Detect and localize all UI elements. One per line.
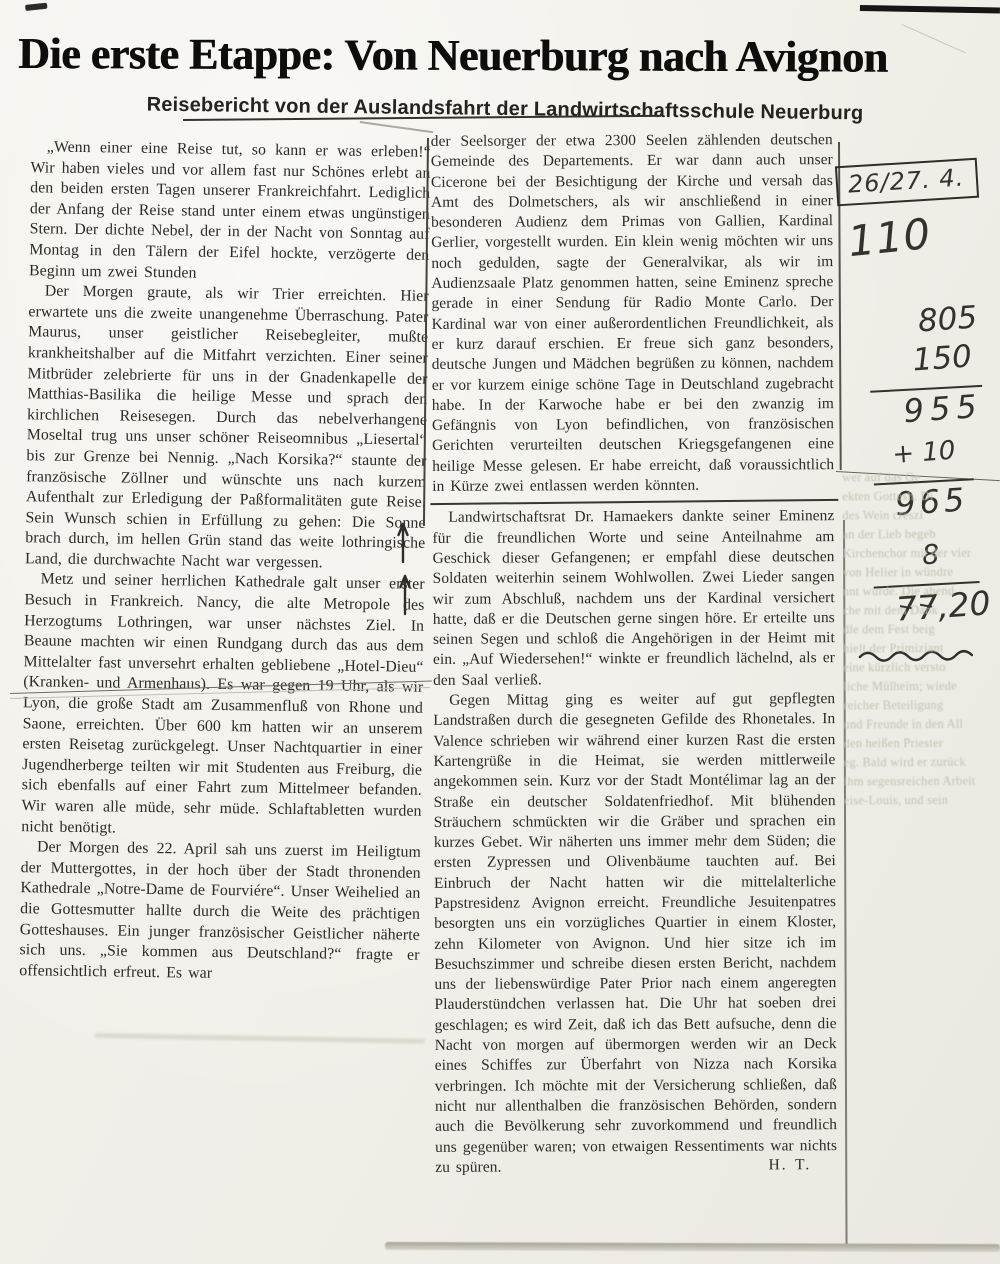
paragraph: Gegen Mittag ging es weiter auf gut gepf… bbox=[433, 689, 837, 1178]
bleed-line: reicher Beteiligung bbox=[843, 696, 1000, 716]
calc-addend-2: 150 bbox=[911, 339, 973, 379]
bleed-line: liche Mülheim; wiede bbox=[843, 677, 1000, 697]
bleed-line: und Freunde in den All bbox=[843, 715, 1000, 735]
author-initials: H. T. bbox=[769, 1155, 812, 1175]
section-divider-rule bbox=[430, 499, 838, 505]
bleed-line: wer auf das Ge bbox=[842, 468, 999, 488]
right-column: der Seelsorger der etwa 2300 Seelen zähl… bbox=[431, 130, 838, 1178]
bleed-line: ekten Gottesh. Di bbox=[842, 487, 999, 507]
bleed-line: Kirchenchor mit der vier bbox=[842, 544, 999, 564]
paragraph: Der Morgen des 22. April sah uns zuerst … bbox=[19, 837, 421, 987]
calc-adjustment: + 10 bbox=[891, 436, 956, 470]
clipping-edge-left-column-top bbox=[360, 121, 433, 133]
scan-edge-mark-top-left bbox=[25, 3, 48, 11]
pen-arrow-up-icon bbox=[398, 570, 412, 616]
bleed-through-text: wer auf das Ge ekten Gottesh. Di des Wei… bbox=[842, 468, 1000, 821]
bleed-line: an der Lieb begeb bbox=[842, 525, 999, 545]
paragraph: „Wenn einer eine Reise tut, so kann er w… bbox=[29, 137, 431, 287]
scan-shadow-bottom bbox=[385, 1242, 1000, 1252]
left-column: „Wenn einer eine Reise tut, so kann er w… bbox=[19, 137, 431, 987]
paragraph: der Seelsorger der etwa 2300 Seelen zähl… bbox=[431, 130, 835, 497]
paragraph: Metz und seiner herrlichen Kathedrale ga… bbox=[21, 570, 425, 843]
bleed-line: von Helier in wündre bbox=[843, 563, 1000, 583]
bleed-line: eine kürzlich versto bbox=[843, 658, 1000, 678]
bleed-line: des Wein creszi bbox=[842, 506, 999, 526]
bleed-line: hielt der Primiziant bbox=[843, 639, 1000, 659]
bleed-line: eise-Louis, und sein bbox=[844, 791, 1000, 811]
calc-addend-1: 805 bbox=[917, 299, 979, 339]
pen-arrow-up-icon bbox=[396, 518, 410, 564]
calc-subtotal: 955 bbox=[902, 387, 984, 430]
article-subhead: Reisebericht von der Auslandsfahrt der L… bbox=[115, 93, 895, 126]
paragraph: Der Morgen graute, als wir Trier erreich… bbox=[25, 281, 429, 575]
scan-edge-bar-top-right bbox=[860, 5, 1000, 13]
newspaper-clipping-scan: Die erste Etappe: Von Neuerburg nach Avi… bbox=[0, 0, 1000, 1264]
bleed-line: dle dem Fest beig bbox=[843, 620, 1000, 640]
handwritten-date-box: 26/27. 4. bbox=[835, 158, 980, 207]
bleed-line: den heißen Priester bbox=[843, 734, 1000, 754]
handwritten-count: 110 bbox=[846, 209, 934, 266]
bleed-line: eg. Bald wird er zurück bbox=[844, 753, 1000, 773]
clipping-shadow-left-column-bottom bbox=[95, 1033, 425, 1044]
handwritten-date: 26/27. 4. bbox=[847, 164, 965, 199]
paragraph: Landwirtschaftsrat Dr. Hamaekers dankte … bbox=[432, 506, 835, 690]
bleed-line: che mit dem Dank bbox=[843, 601, 1000, 621]
bleed-line: nnt wurde. Die abend bbox=[843, 582, 1000, 602]
article-headline: Die erste Etappe: Von Neuerburg nach Avi… bbox=[18, 28, 978, 83]
bleed-line: ihm segensreichen Arbeit bbox=[844, 772, 1000, 792]
